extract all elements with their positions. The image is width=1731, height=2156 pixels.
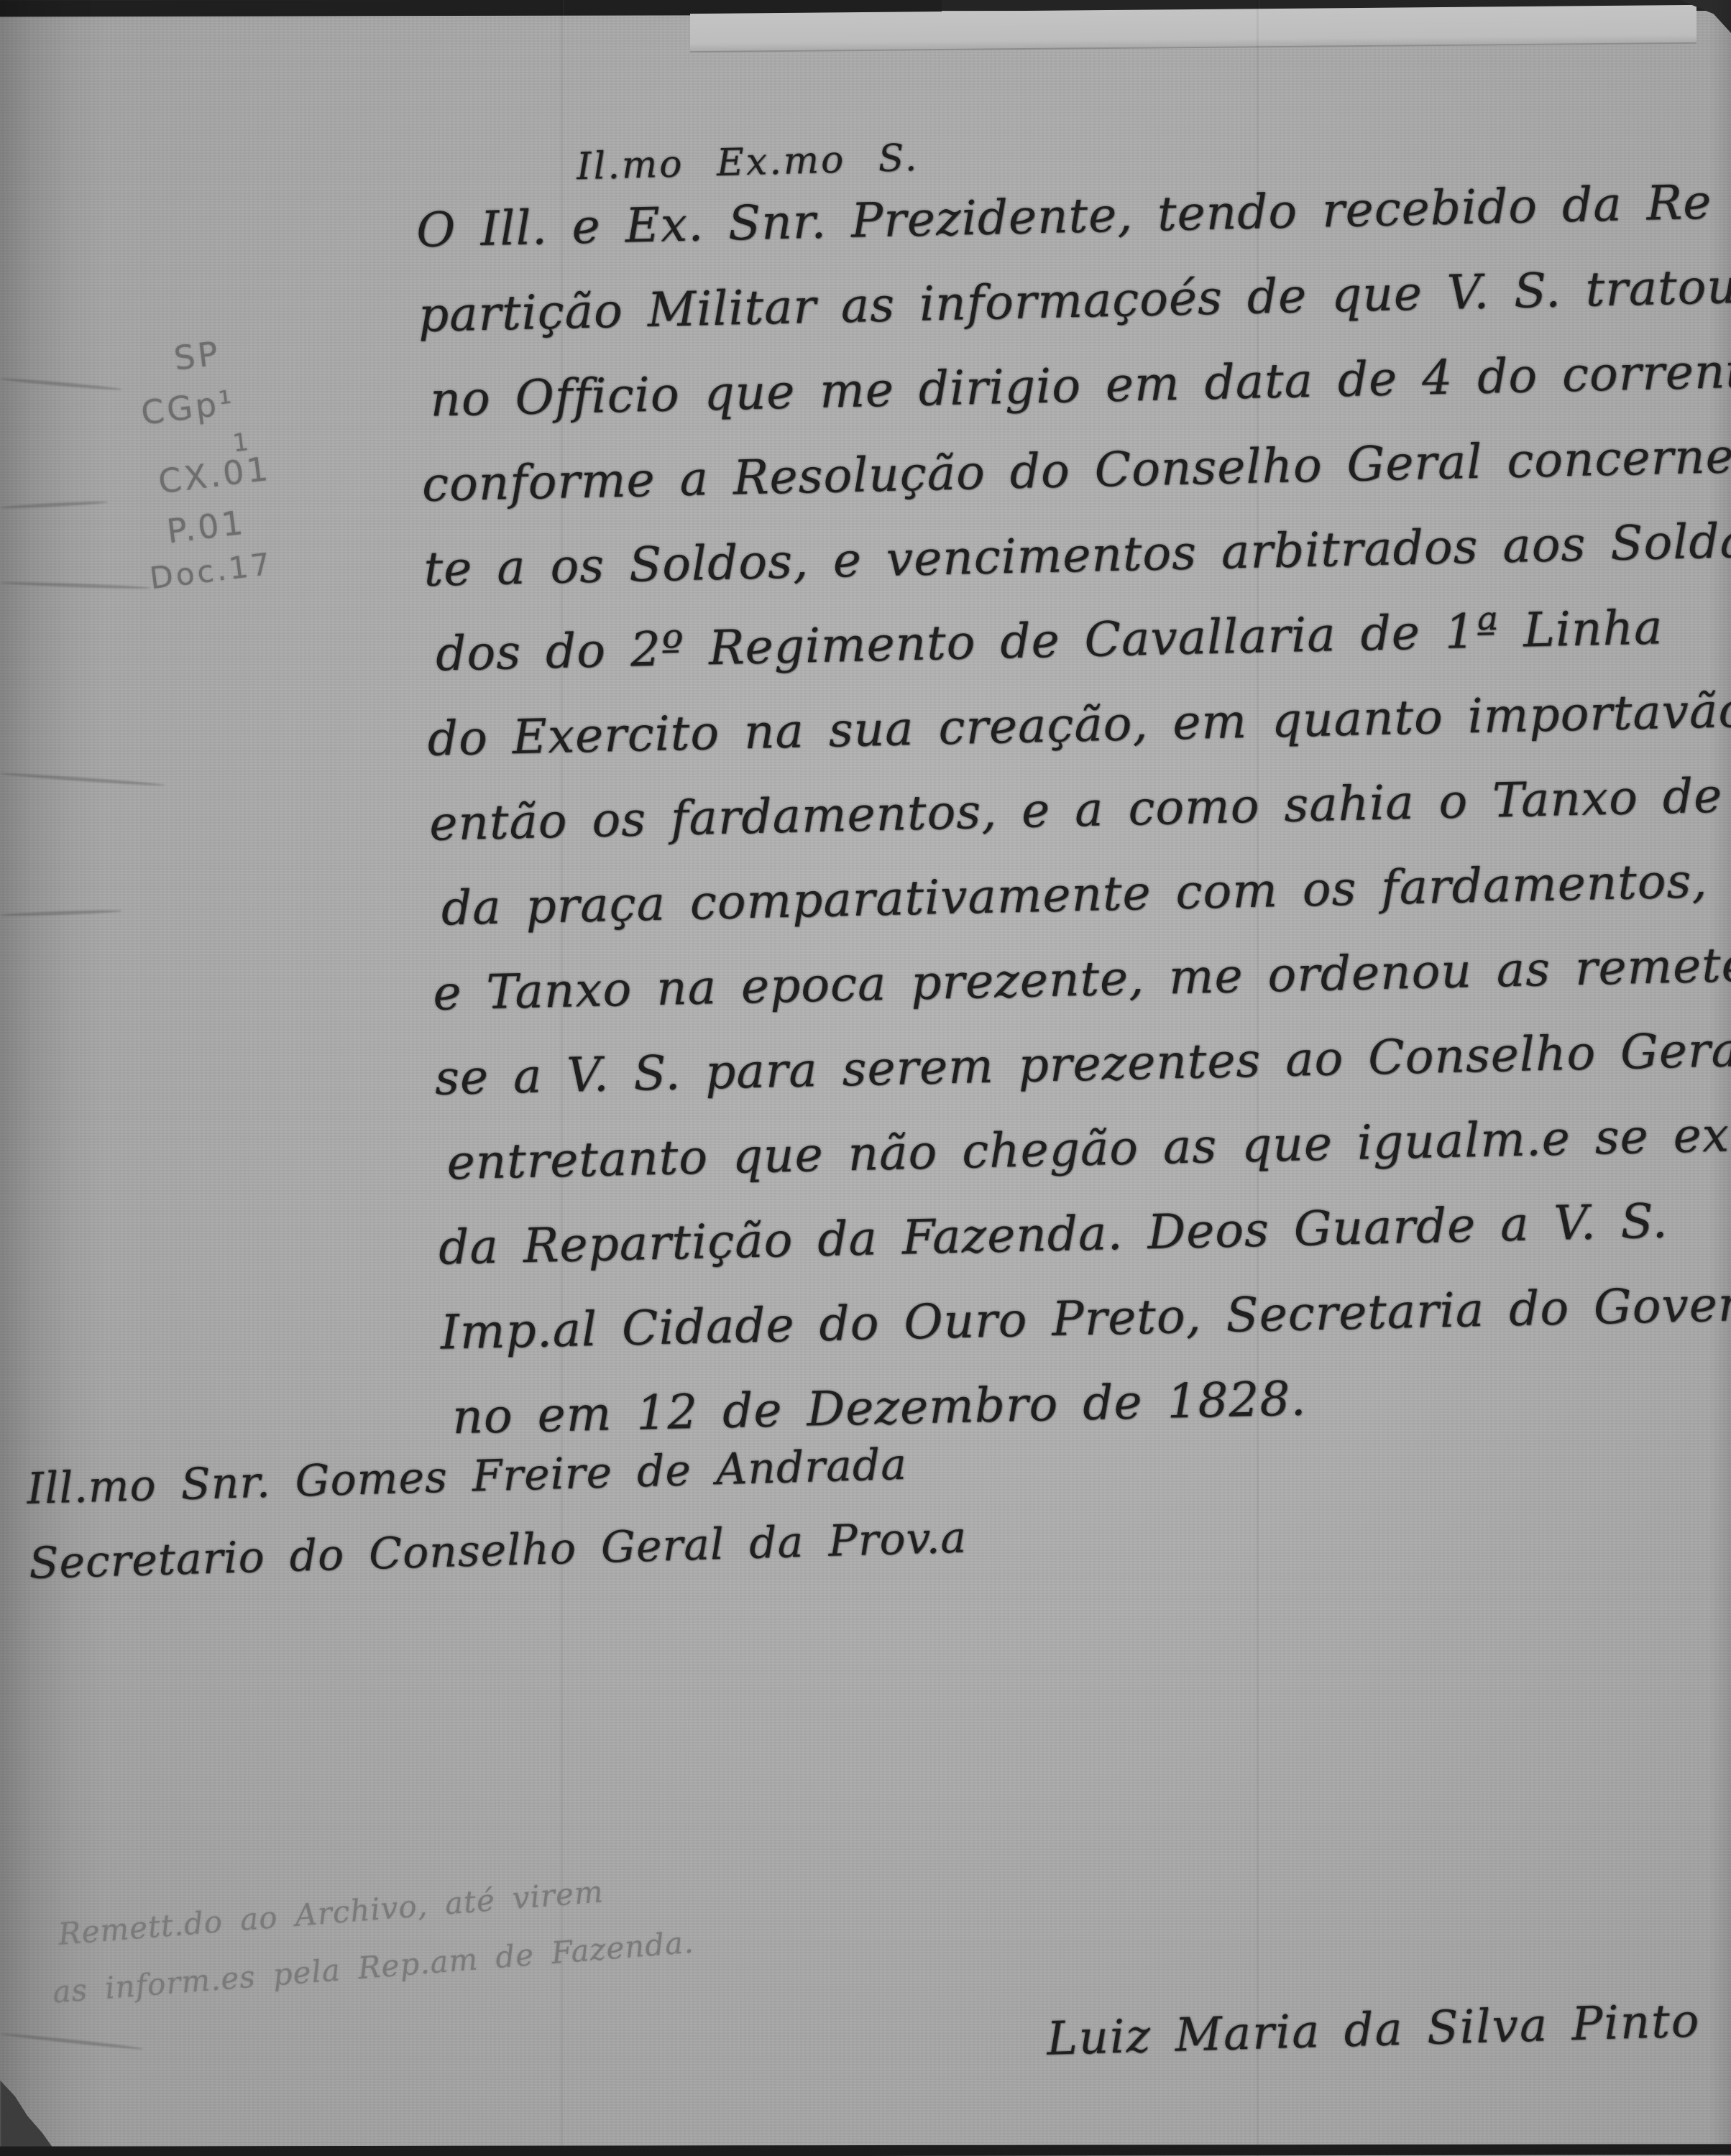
archival-mark-folder: P.01 bbox=[165, 503, 247, 551]
underlying-sheet-edge bbox=[690, 5, 1696, 52]
letter-body: O Ill. e Ex. Snr. Prezidente, tendo rece… bbox=[415, 160, 1731, 1460]
archival-mark-fund: SP bbox=[172, 333, 223, 378]
signature: Luiz Maria da Silva Pinto bbox=[1046, 1994, 1701, 2065]
archival-mark-group: CGp¹ bbox=[139, 382, 237, 433]
letter-addressee: Ill.mo Snr. Gomes Freire de AndradaSecre… bbox=[26, 1426, 968, 1601]
page-left-fold-shadow bbox=[0, 0, 108, 2156]
archival-mark-box: CX.01 bbox=[156, 449, 272, 502]
archival-mark-document: Doc.17 bbox=[148, 546, 275, 596]
scanned-manuscript-page: { "archival_marks": { "fund": "SP", "gro… bbox=[0, 0, 1731, 2156]
scan-black-band-bottom bbox=[0, 2144, 1731, 2156]
archivist-pencil-note: Remett.do ao Archivo, até viremas inform… bbox=[56, 1856, 696, 2021]
